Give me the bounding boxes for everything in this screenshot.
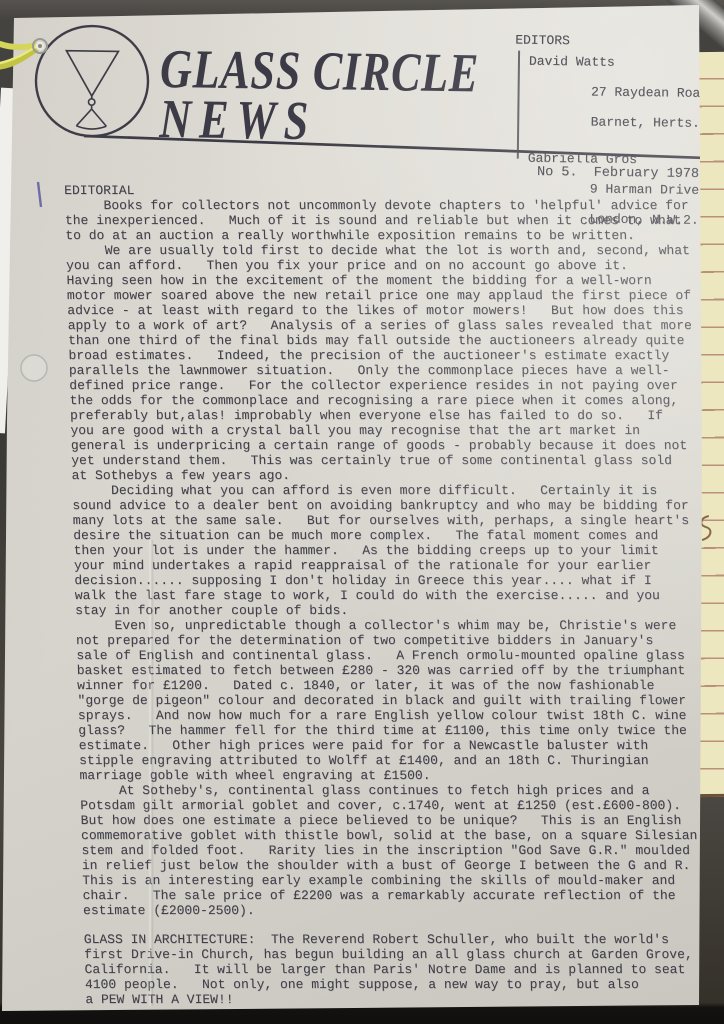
editorial-paragraph: Books for collectors not uncommonly devo… xyxy=(64,198,689,243)
pen-tick-mark xyxy=(38,182,41,207)
editorial-paragraph: At Sotheby's, continental glass continue… xyxy=(80,783,708,918)
editorial-heading: EDITORIAL xyxy=(64,183,689,198)
architecture-paragraph: GLASS IN ARCHITECTURE: The Reverend Robe… xyxy=(84,932,710,1007)
editor-entry: David Watts 27 Raydean Road Barnet, Hert… xyxy=(528,54,724,147)
editor-name: David Watts xyxy=(529,54,615,70)
issue-number-date: No 5. February 1978 xyxy=(537,165,699,182)
newsletter-page: GLASS CIRCLE NEWS EDITORS David Watts 27… xyxy=(0,0,724,1024)
binding-string xyxy=(0,30,120,100)
editors-divider-line xyxy=(517,51,520,159)
body-text: EDITORIAL Books for collectors not uncom… xyxy=(64,183,710,1007)
editors-heading: EDITORS xyxy=(515,33,724,51)
scanned-newsletter-photo: GLASS CIRCLE NEWS EDITORS David Watts 27… xyxy=(0,0,724,1024)
editorial-paragraph: Even so, unpredictable though a collecto… xyxy=(75,618,703,783)
editor-address-line: 27 Raydean Road xyxy=(591,84,708,100)
editorial-paragraph: We are usually told first to decide what… xyxy=(66,243,696,483)
punch-hole xyxy=(21,355,47,381)
editorial-paragraph: Deciding what you can afford is even mor… xyxy=(72,483,700,618)
